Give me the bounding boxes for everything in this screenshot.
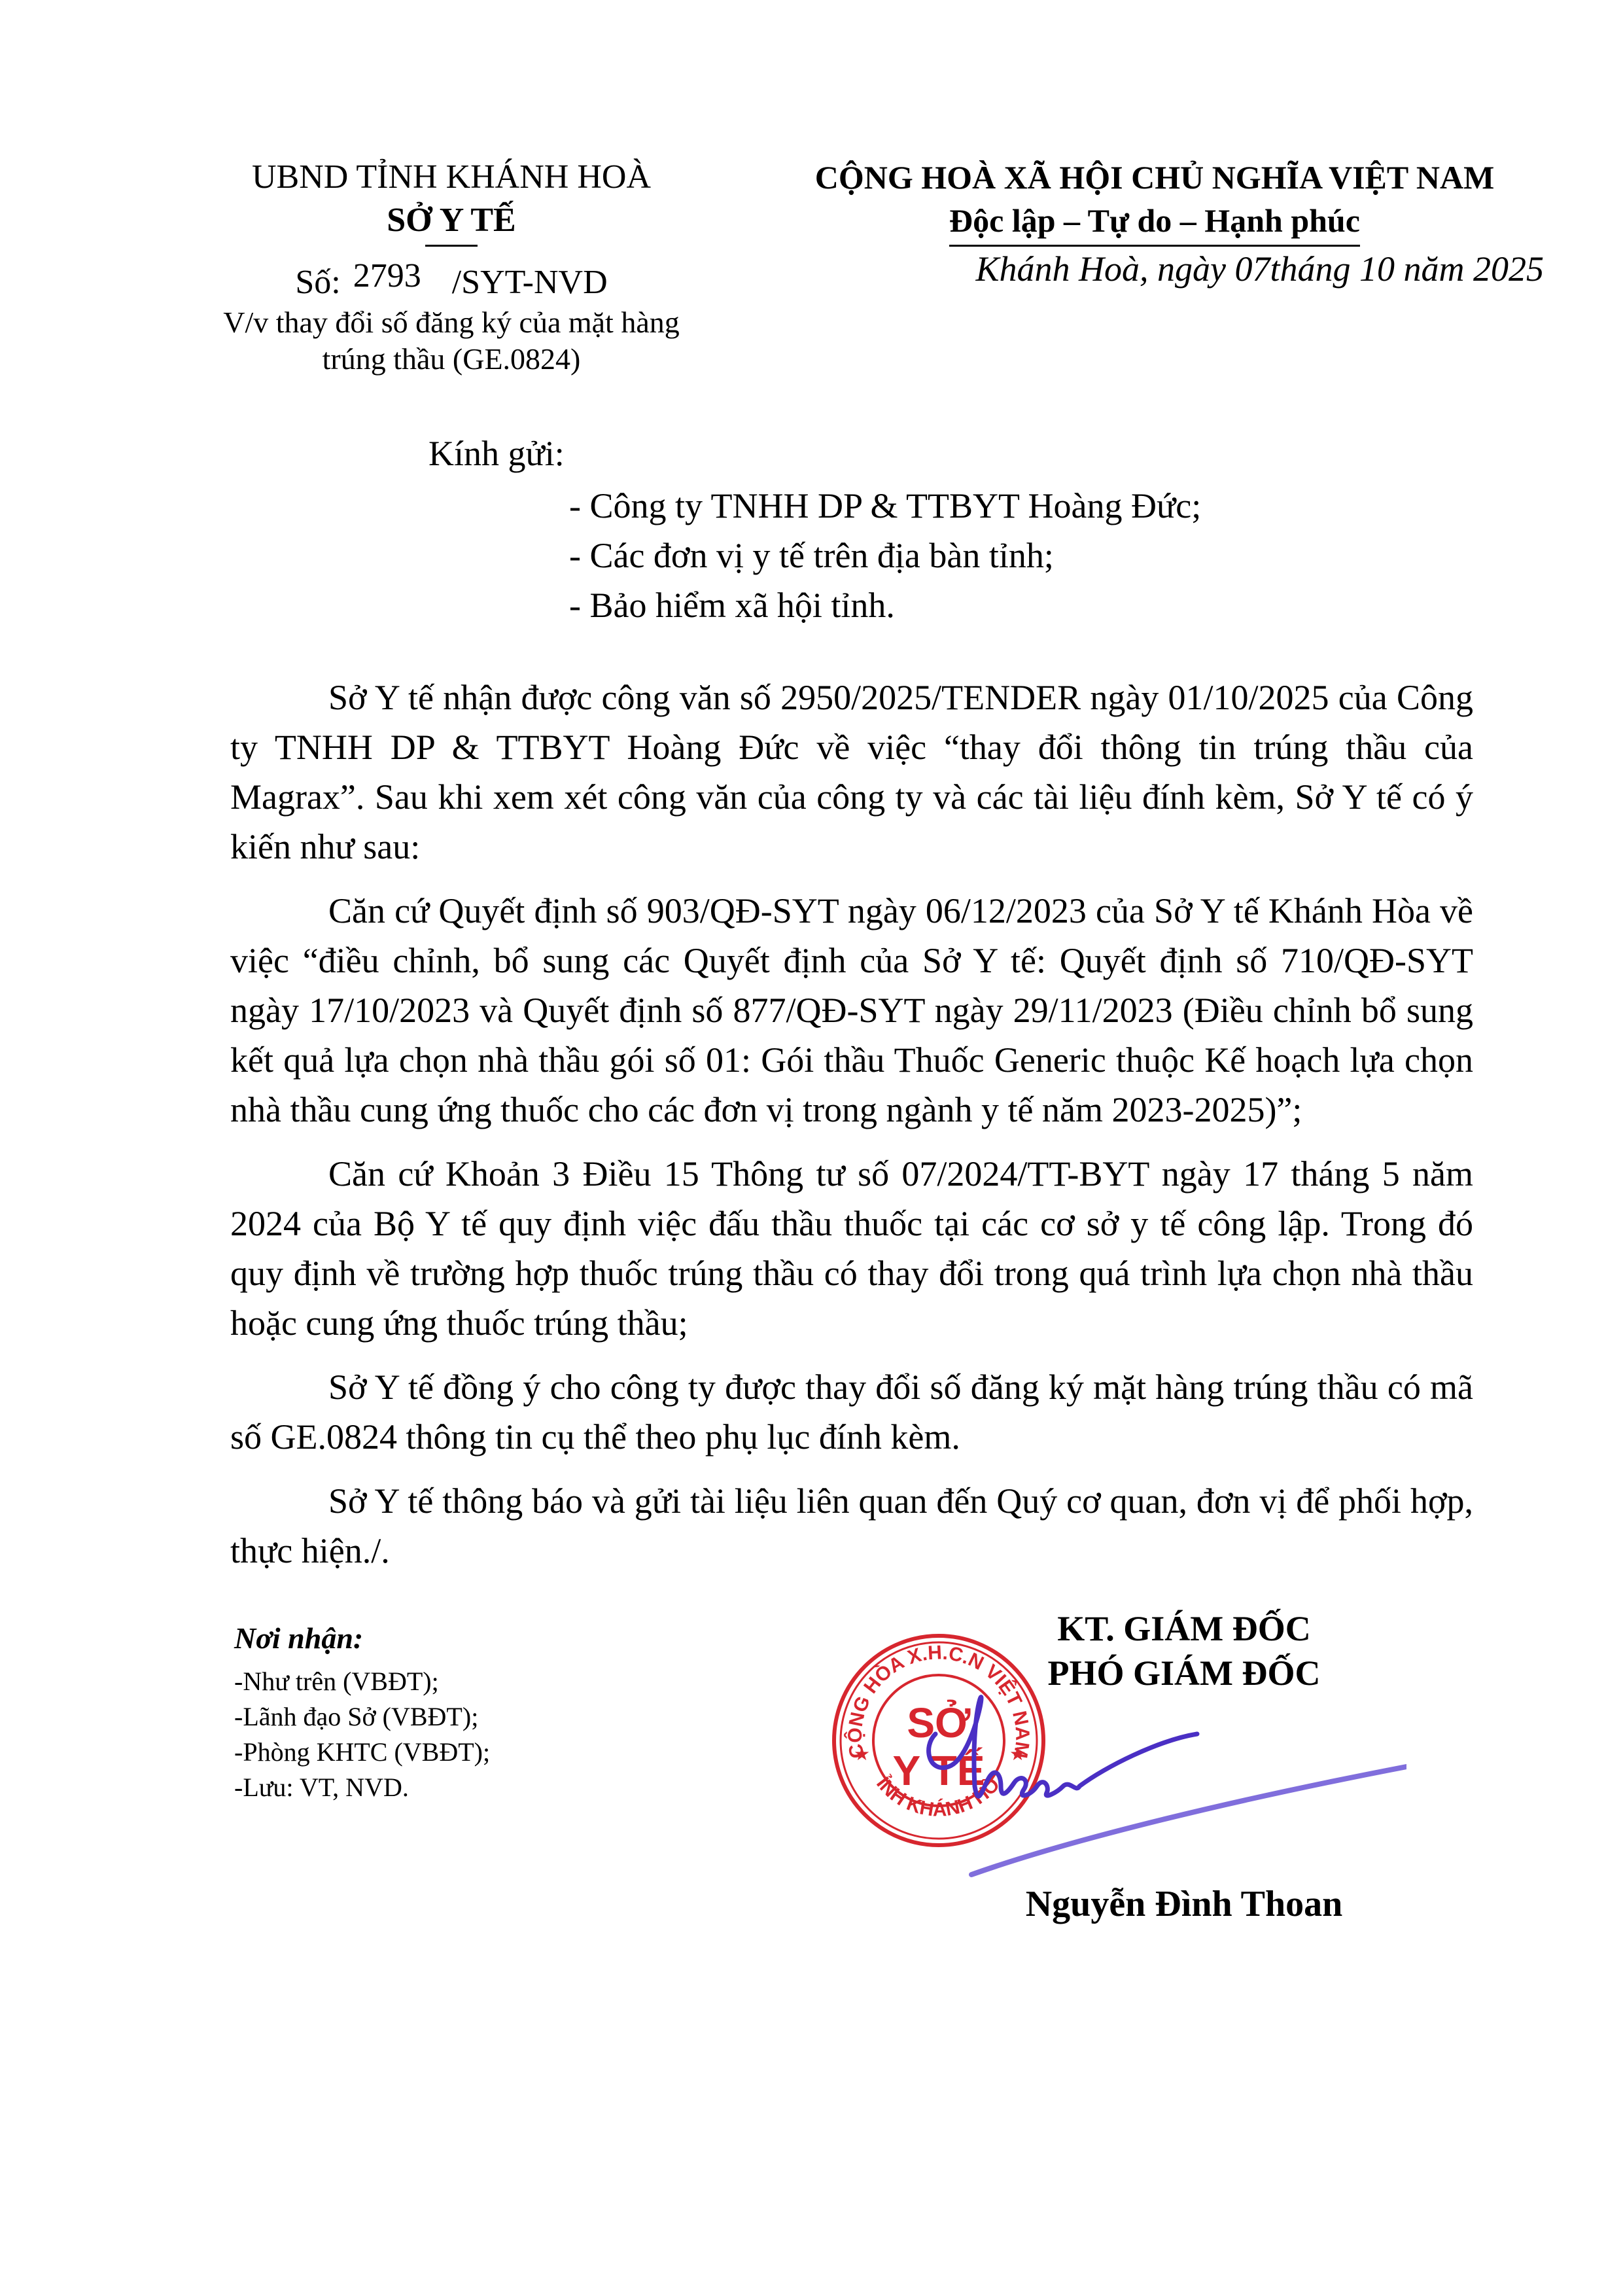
greeting: Kính gửi:: [428, 433, 565, 474]
body-paragraph: Sở Y tế nhận được công văn số 2950/2025/…: [230, 673, 1473, 872]
body-paragraph: Căn cứ Khoản 3 Điều 15 Thông tư số 07/20…: [230, 1149, 1473, 1348]
nation-title: CỘNG HOÀ XÃ HỘI CHỦ NGHĨA VIỆT NAM: [765, 156, 1544, 199]
document-number: Số: 2793 /SYT-NVD: [196, 261, 707, 304]
signer-name: Nguyễn Đình Thoan: [962, 1883, 1406, 1925]
recipients-list: - Công ty TNHH DP & TTBYT Hoàng Đức; - C…: [569, 481, 1201, 630]
body-paragraph: Sở Y tế đồng ý cho công ty được thay đổi…: [230, 1362, 1473, 1462]
number-prefix: Số:: [295, 264, 340, 301]
distribution-item: -Như trên (VBĐT);: [234, 1664, 490, 1699]
distribution-list: Nơi nhận: -Như trên (VBĐT); -Lãnh đạo Sở…: [234, 1619, 490, 1805]
recipient-item: - Bảo hiểm xã hội tỉnh.: [569, 580, 1201, 630]
agency-underline: [425, 245, 478, 247]
recipient-item: - Các đơn vị y tế trên địa bàn tỉnh;: [569, 531, 1201, 580]
issuing-authority-block: UBND TỈNH KHÁNH HOÀ SỞ Y TẾ Số: 2793 /SY…: [196, 156, 707, 378]
body-paragraph: Căn cứ Quyết định số 903/QĐ-SYT ngày 06/…: [230, 886, 1473, 1135]
recipient-item: - Công ty TNHH DP & TTBYT Hoàng Đức;: [569, 481, 1201, 531]
number-suffix: /SYT-NVD: [452, 264, 608, 301]
distribution-title: Nơi nhận:: [234, 1619, 490, 1657]
signature-title-block: KT. GIÁM ĐỐC PHÓ GIÁM ĐỐC: [981, 1606, 1387, 1695]
agency-name: SỞ Y TẾ: [196, 199, 707, 242]
authority-name: UBND TỈNH KHÁNH HOÀ: [196, 156, 707, 199]
body-paragraph: Sở Y tế thông báo và gửi tài liệu liên q…: [230, 1476, 1473, 1576]
distribution-item: -Lưu: VT, NVD.: [234, 1770, 490, 1805]
distribution-item: -Phòng KHTC (VBĐT);: [234, 1735, 490, 1770]
subject-line-2: trúng thầu (GE.0824): [196, 341, 707, 378]
letter-body: Sở Y tế nhận được công văn số 2950/2025/…: [230, 673, 1473, 1590]
national-header: CỘNG HOÀ XÃ HỘI CHỦ NGHĨA VIỆT NAM Độc l…: [765, 156, 1544, 247]
svg-text:★: ★: [854, 1743, 870, 1765]
signature-title-2: PHÓ GIÁM ĐỐC: [981, 1651, 1387, 1695]
signature-title-1: KT. GIÁM ĐỐC: [981, 1606, 1387, 1651]
distribution-item: -Lãnh đạo Sở (VBĐT);: [234, 1699, 490, 1735]
motto: Độc lập – Tự do – Hạnh phúc: [949, 199, 1360, 247]
number-value: 2793: [353, 257, 421, 294]
subject-line-1: V/v thay đổi số đăng ký của mặt hàng: [196, 304, 707, 341]
handwritten-signature-icon: [909, 1695, 1406, 1891]
place-date: Khánh Hoà, ngày 07tháng 10 năm 2025: [792, 249, 1544, 289]
